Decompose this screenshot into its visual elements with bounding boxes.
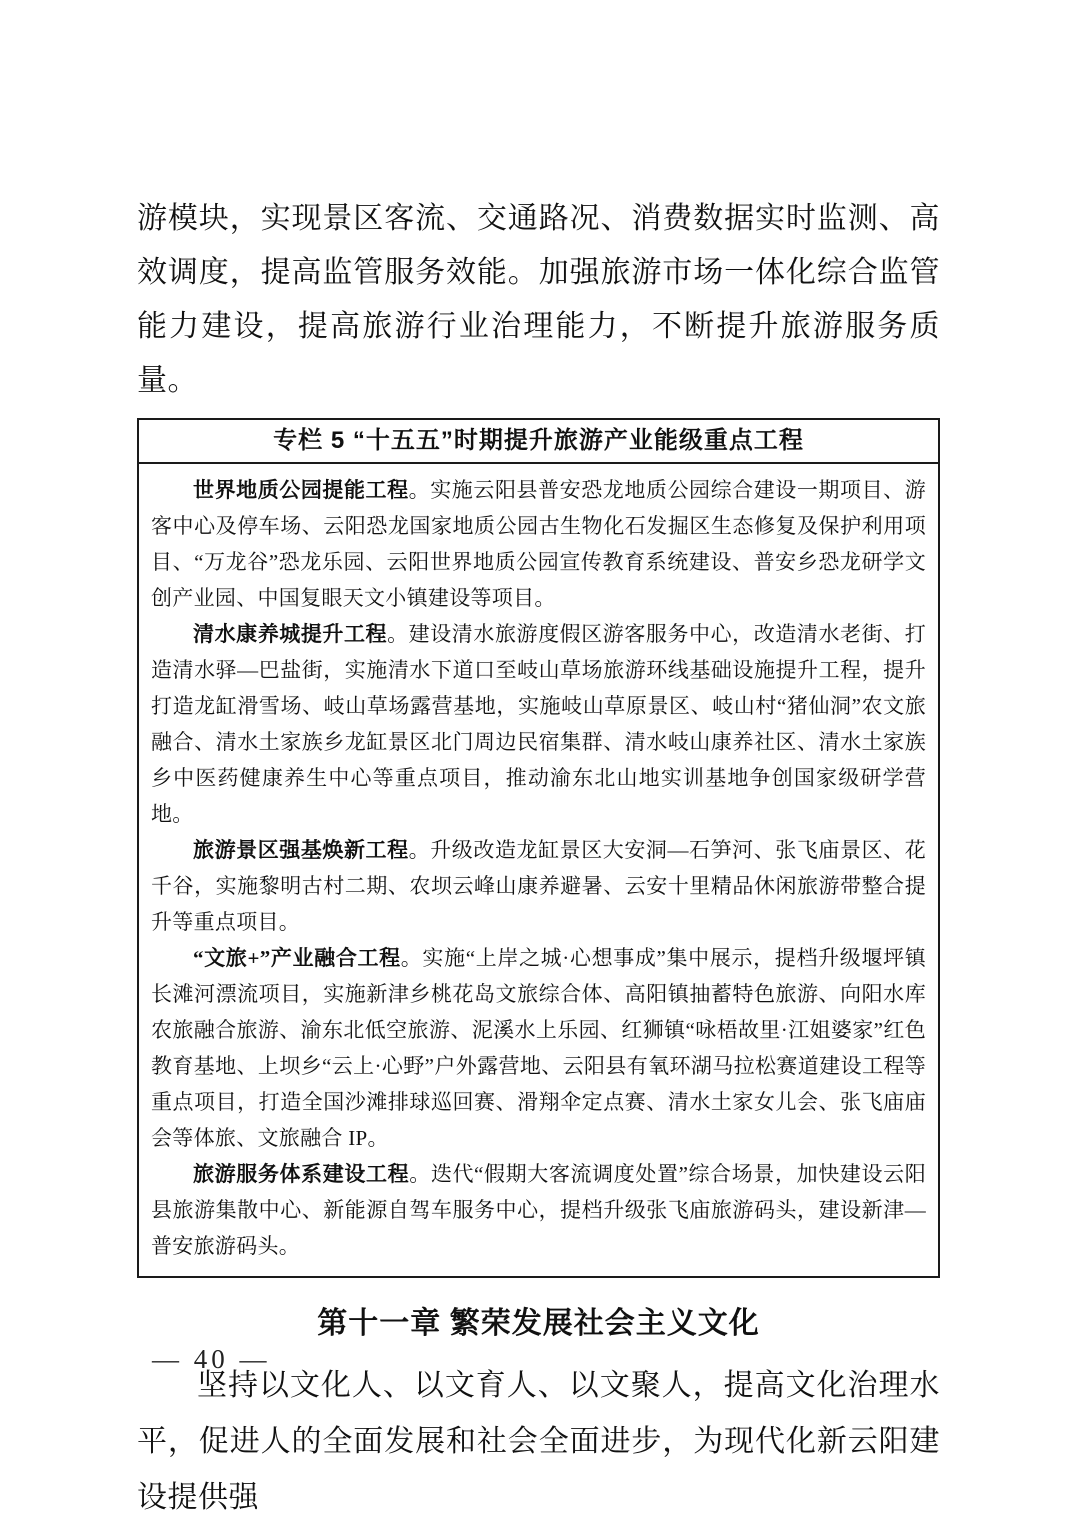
box-paragraph-scenic-area: 旅游景区强基焕新工程。升级改造龙缸景区大安洞—石笋河、张飞庙景区、花千谷，实施黎… <box>151 832 926 940</box>
box-paragraph-culture-tourism: “文旅+”产业融合工程。实施“上岸之城·心想事成”集中展示，提档升级堰坪镇长滩河… <box>151 940 926 1156</box>
paragraph-lead: 清水康养城提升工程 <box>193 622 387 646</box>
document-page: 游模块，实现景区客流、交通路况、消费数据实时监测、高效调度，提高监管服务效能。加… <box>0 0 1074 1520</box>
column-box-body: 世界地质公园提能工程。实施云阳县普安恐龙地质公园综合建设一期项目、游客中心及停车… <box>139 464 938 1276</box>
paragraph-lead: “文旅+”产业融合工程 <box>193 946 401 970</box>
page-number: — 40 — <box>152 1344 271 1375</box>
chapter-title: 第十一章 繁荣发展社会主义文化 <box>137 1278 940 1342</box>
box-paragraph-qingshui: 清水康养城提升工程。建设清水旅游度假区游客服务中心，改造清水老街、打造清水驿—巴… <box>151 616 926 832</box>
box-paragraph-service-system: 旅游服务体系建设工程。迭代“假期大客流调度处置”综合场景，加快建设云阳县旅游集散… <box>151 1156 926 1264</box>
page-content: 游模块，实现景区客流、交通路况、消费数据实时监测、高效调度，提高监管服务效能。加… <box>137 0 940 1520</box>
intro-paragraph: 游模块，实现景区客流、交通路况、消费数据实时监测、高效调度，提高监管服务效能。加… <box>137 0 940 408</box>
column-box: 专栏 5 “十五五”时期提升旅游产业能级重点工程 世界地质公园提能工程。实施云阳… <box>137 418 940 1278</box>
paragraph-lead: 旅游景区强基焕新工程 <box>193 838 409 862</box>
paragraph-lead: 世界地质公园提能工程 <box>193 478 409 502</box>
box-paragraph-geopark: 世界地质公园提能工程。实施云阳县普安恐龙地质公园综合建设一期项目、游客中心及停车… <box>151 472 926 616</box>
paragraph-lead: 旅游服务体系建设工程 <box>193 1162 409 1186</box>
paragraph-body: 。实施“上岸之城·心想事成”集中展示，提档升级堰坪镇长滩河漂流项目，实施新津乡桃… <box>151 946 926 1150</box>
column-box-title: 专栏 5 “十五五”时期提升旅游产业能级重点工程 <box>139 420 938 464</box>
paragraph-body: 。建设清水旅游度假区游客服务中心，改造清水老街、打造清水驿—巴盐街，实施清水下道… <box>151 622 926 826</box>
